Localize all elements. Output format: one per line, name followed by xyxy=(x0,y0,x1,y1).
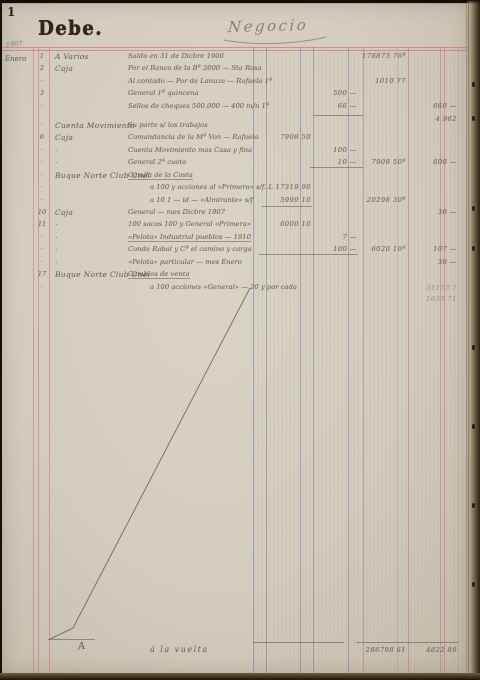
entry-total-column-2: 31173 7 xyxy=(410,284,457,292)
ledger-entry-row: ··Cuenta Movimiento mas Casa y fina100 — xyxy=(0,146,468,157)
entry-total-column-1: 6020 10ª xyxy=(358,245,406,253)
ledger-entry-row: 11·100 sacos 100 y General «Primera»6000… xyxy=(0,220,468,231)
entry-description: Conde Rabal y Cª el camino y carga xyxy=(128,245,252,253)
entry-total-column-1: 1010 77 xyxy=(358,77,406,85)
entry-description: Camila de la Costa xyxy=(128,171,193,180)
stitch-mark xyxy=(472,246,475,251)
entry-day: · xyxy=(36,146,48,154)
header-rule-bottom xyxy=(2,50,468,51)
entry-account-title: · xyxy=(55,245,58,254)
entry-day: 10 xyxy=(36,208,48,216)
entry-day: · xyxy=(36,258,48,266)
ledger-entry-row: ·Al contado — Por de Lanuza — Rafaela 1ª… xyxy=(0,77,468,88)
entry-column-amount: 66 — xyxy=(312,102,357,110)
entry-description: Saldo en 31 de Dicbre 1906 xyxy=(128,52,224,60)
year-label: 1907 xyxy=(6,39,23,48)
entry-total-column-1: 20298 30ª xyxy=(358,196,406,204)
entry-column-amount: 100 — xyxy=(312,146,357,154)
stitch-mark xyxy=(472,503,475,508)
entry-description: «Pelota» Industrial pueblos — 1910 xyxy=(128,233,251,242)
entry-day: 11 xyxy=(36,220,48,228)
entry-description: General 1ª quincena xyxy=(128,89,199,97)
entry-description: a 10 1 — id — «Almirante» s/f xyxy=(150,196,253,204)
entry-account-title: Cuenta Movimiento xyxy=(55,121,135,130)
ledger-entry-row: ··«Pelota» particular — mes Enero30 — xyxy=(0,258,468,269)
entry-day: · xyxy=(36,158,48,166)
entry-detail-amount: 5999 10 xyxy=(252,196,311,204)
stitch-mark xyxy=(472,116,475,121)
entry-day: · xyxy=(36,171,48,179)
stitch-mark xyxy=(472,345,475,350)
header-rule-top xyxy=(2,47,468,48)
entry-total-column-1: 7908 50ª xyxy=(358,158,406,166)
ledger-entry-row: 2CajaPor el Banco de la Bª 2000 — Sta Ro… xyxy=(0,64,468,75)
entry-day: 17 xyxy=(36,270,48,278)
entry-description: General — mes Dicbre 1907 xyxy=(128,208,225,216)
entry-day: 2 xyxy=(36,64,48,72)
entry-description: Su parte s/ los trabajos xyxy=(128,121,208,129)
ledger-entry-row: 17Buque Norte Club CnelCambios de venta xyxy=(0,270,468,281)
stitch-mark xyxy=(472,82,475,87)
footer-total-col2: 4822 89 xyxy=(410,646,457,654)
ink-rule xyxy=(253,642,344,643)
ledger-entry-row: 1633 71 xyxy=(0,295,468,306)
entry-detail-amount: 6000 10 xyxy=(252,220,311,228)
account-name-header: Negocio xyxy=(227,16,309,36)
ledger-entry-row: 3General 1ª quincena500 — xyxy=(0,89,468,100)
entry-day: · xyxy=(36,77,48,85)
book-binding-gutter xyxy=(466,0,480,680)
entry-day: 6 xyxy=(36,133,48,141)
entry-total-column-2: 30 — xyxy=(410,258,457,266)
entry-account-title: · xyxy=(55,258,58,267)
ledger-entry-row: 6CajaComandancia de la Mª Von — Rafaela7… xyxy=(0,133,468,144)
entry-total-column-1: 178873 76ª xyxy=(358,52,406,60)
ink-rule xyxy=(356,642,458,643)
entry-description: 100 sacos 100 y General «Primera» xyxy=(128,220,251,228)
debit-header: Debe. xyxy=(38,17,103,40)
entry-column-amount: 10 — xyxy=(312,158,357,166)
entry-account-title: · xyxy=(55,146,58,155)
entry-day: · xyxy=(36,233,48,241)
stitch-mark xyxy=(472,206,475,211)
entry-column-amount: 7 — xyxy=(312,233,357,241)
entry-day: 1 xyxy=(36,52,48,60)
entry-detail-amount: 17319 90 xyxy=(252,183,311,191)
entry-day: · xyxy=(36,196,48,204)
entry-account-title: · xyxy=(55,158,58,167)
stitch-mark xyxy=(472,582,475,587)
stitch-mark xyxy=(472,424,475,429)
entry-total-column-2: 107 — xyxy=(410,245,457,253)
entry-account-title: Caja xyxy=(55,133,73,142)
entry-day: · xyxy=(36,102,48,110)
entry-description: General 2ª cuota xyxy=(128,158,186,166)
ledger-entry-row: ··General 2ª cuota10 —7908 50ª600 — xyxy=(0,158,468,169)
carried-forward-label: á la vuelta xyxy=(150,645,209,654)
entry-total-column-2: 30 — xyxy=(410,208,457,216)
entry-column-amount: 100 — xyxy=(312,245,357,253)
entry-description: «Pelota» particular — mes Enero xyxy=(128,258,242,266)
ink-rule xyxy=(313,115,363,116)
entry-description: Sellos de cheques 500.000 — 400 m/n 1ª xyxy=(128,102,269,110)
entry-column-amount: 500 — xyxy=(312,89,357,97)
entry-day: · xyxy=(36,245,48,253)
entry-total-column-2: 660 — xyxy=(410,102,457,110)
ledger-photo: 1 Debe. Negocio 1907 Enero 1A VariosSald… xyxy=(0,0,480,680)
entry-description: Cuenta Movimiento mas Casa y fina xyxy=(128,146,252,154)
entry-total-column-2: 1633 71 xyxy=(410,295,457,303)
entry-day: · xyxy=(36,183,48,191)
footer-signature: A xyxy=(77,641,86,653)
top-edge-shadow xyxy=(0,0,480,4)
ink-rule xyxy=(259,254,358,255)
ledger-entry-row: ··Conde Rabal y Cª el camino y carga100 … xyxy=(0,245,468,256)
entry-detail-amount: 7908 50 xyxy=(252,133,311,141)
entry-account-title: · xyxy=(55,233,58,242)
entry-account-title: Caja xyxy=(55,208,73,217)
ledger-entry-row: ·Buque Norte Club CnelCamila de la Costa xyxy=(0,171,468,182)
page-number: 1 xyxy=(7,5,15,19)
ledger-entry-row: 31173 7 xyxy=(0,284,468,295)
ledger-entry-row: ·Sellos de cheques 500.000 — 400 m/n 1ª6… xyxy=(0,102,468,113)
ink-rule xyxy=(48,639,95,640)
entry-day: 3 xyxy=(36,89,48,97)
entry-account-title: · xyxy=(55,220,58,229)
entry-total-column-2: 600 — xyxy=(410,158,457,166)
ledger-entry-row: ·Cuenta MovimientoSu parte s/ los trabaj… xyxy=(0,121,468,132)
entry-description: Al contado — Por de Lanuza — Rafaela 1ª xyxy=(128,77,272,85)
footer-total-col1: 286798 61 xyxy=(358,646,406,654)
entry-description: Comandancia de la Mª Von — Rafaela xyxy=(128,133,258,141)
ledger-entry-row: ·a 10 1 — id — «Almirante» s/f5999 10202… xyxy=(0,196,468,207)
desk-surface xyxy=(0,673,480,680)
ink-rule xyxy=(310,167,363,168)
entry-description: Cambios de venta xyxy=(128,270,190,279)
ledger-entry-row: ··«Pelota» Industrial pueblos — 19107 — xyxy=(0,233,468,244)
ledger-entry-row: 10CajaGeneral — mes Dicbre 190730 — xyxy=(0,208,468,219)
ledger-entry-row: ·a 100 y acciones al «Primera» s/f. L173… xyxy=(0,183,468,194)
entry-description: Por el Banco de la Bª 2000 — Sta Rosa xyxy=(128,64,262,72)
entry-account-title: A Varios xyxy=(55,52,89,61)
ledger-entry-row: 1A VariosSaldo en 31 de Dicbre 190617887… xyxy=(0,52,468,63)
entry-account-title: Caja xyxy=(55,64,73,73)
ink-rule xyxy=(262,206,312,207)
entry-day: · xyxy=(36,121,48,129)
